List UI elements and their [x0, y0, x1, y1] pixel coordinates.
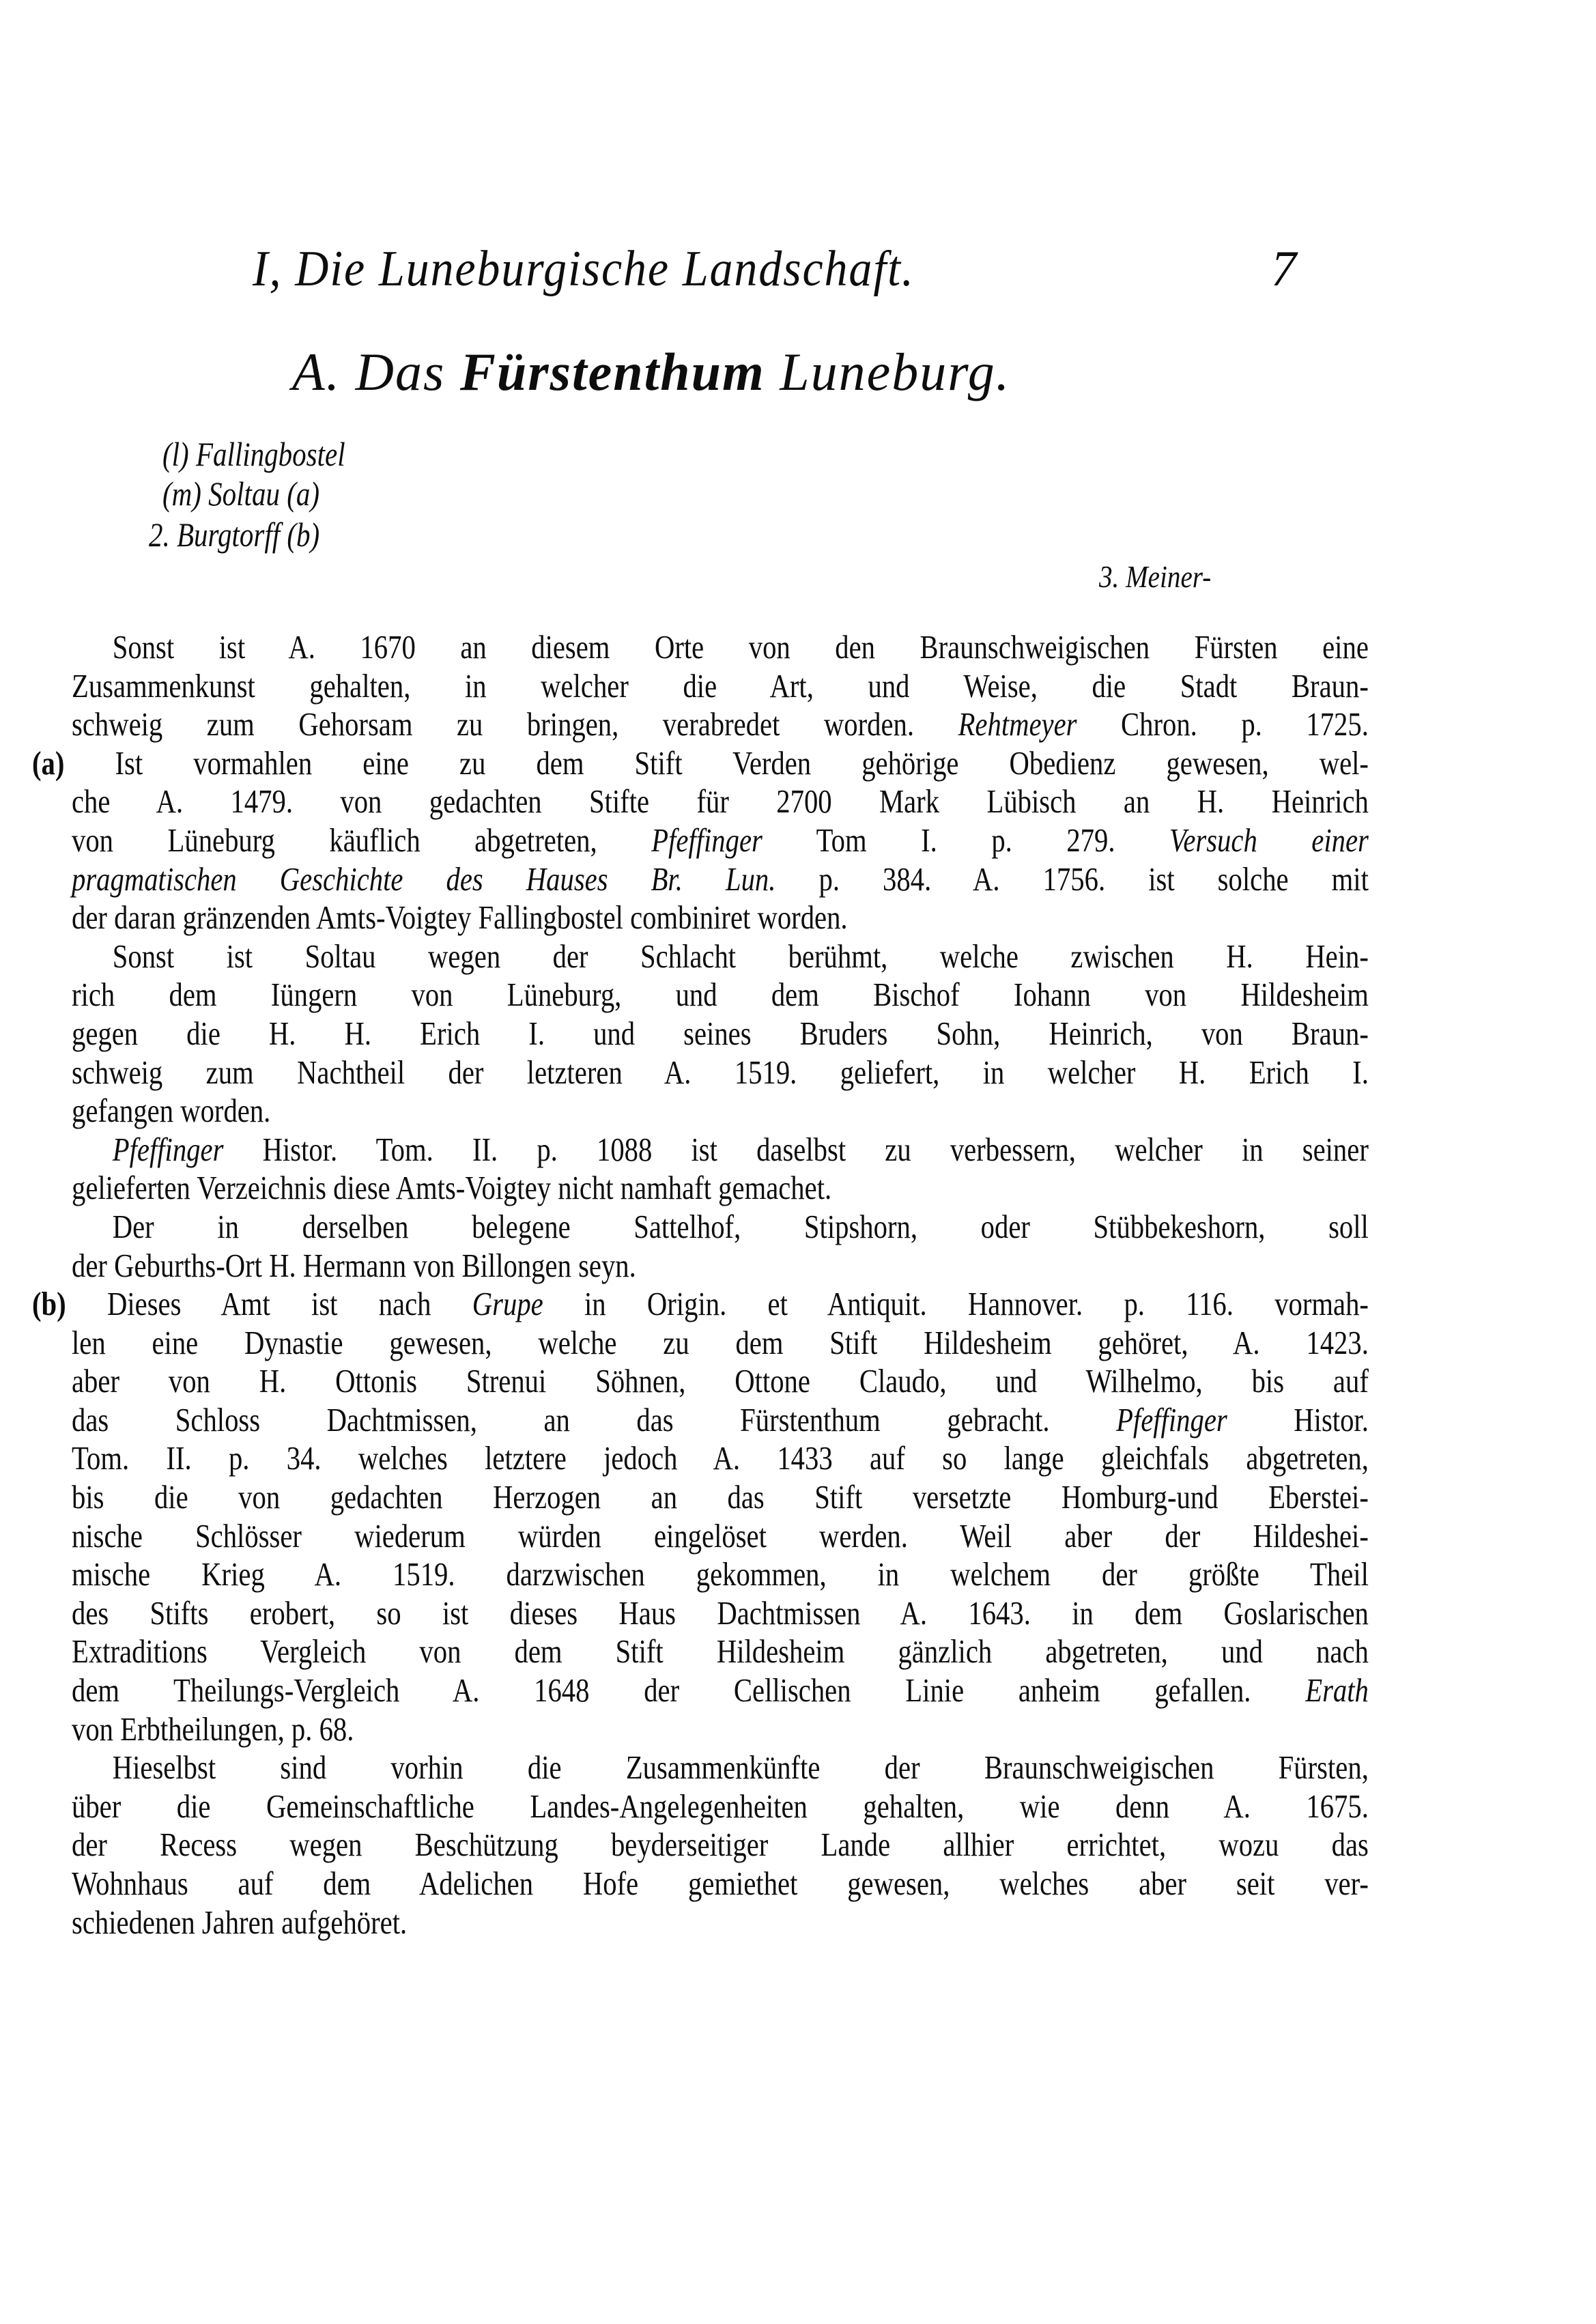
text-segment: über die Gemeinschaftliche Landes-Angele… [72, 1787, 1369, 1825]
text-line: des Stifts erobert, so ist dieses Haus D… [72, 1594, 1369, 1633]
footnote-line: (a) Ist vormahlen eine zu dem Stift Verd… [32, 744, 1369, 783]
text-segment: len eine Dynastie gewesen, welche zu dem… [72, 1324, 1369, 1361]
italic-citation: Erath [1305, 1671, 1369, 1709]
text-line: schiedenen Jahren aufgehöret. [72, 1903, 1369, 1942]
section-title: A. Das Fürstenthum Luneburg. [292, 341, 1010, 403]
footnote-marker: (b) [32, 1285, 66, 1322]
text-line: Extraditions Vergleich von dem Stift Hil… [72, 1632, 1369, 1671]
text-segment: mische Krieg A. 1519. darzwischen gekomm… [72, 1555, 1369, 1593]
text-line: len eine Dynastie gewesen, welche zu dem… [72, 1324, 1369, 1363]
text-segment: nische Schlösser wiederum würden eingelö… [72, 1517, 1369, 1555]
text-line: bis die von gedachten Herzogen an das St… [72, 1478, 1369, 1517]
text-line: das Schloss Dachtmissen, an das Fürstent… [72, 1401, 1369, 1440]
text-segment: Tom I. p. 279. [763, 821, 1169, 859]
italic-citation: Rehtmeyer [958, 705, 1077, 743]
text-segment: Extraditions Vergleich von dem Stift Hil… [72, 1632, 1369, 1670]
text-segment: p. 384. A. 1756. ist solche mit [775, 860, 1368, 898]
text-line: che A. 1479. von gedachten Stifte für 27… [72, 782, 1369, 821]
text-line: Sonst ist A. 1670 an diesem Orte von den… [72, 628, 1369, 667]
italic-citation: Pfeffinger [113, 1131, 224, 1168]
text-line: aber von H. Ottonis Strenui Söhnen, Otto… [72, 1362, 1369, 1401]
text-line: von Erbtheilungen, p. 68. [72, 1710, 1369, 1749]
entry-soltau: (m) Soltau (a) [162, 474, 319, 513]
footnote-line: (b) Dieses Amt ist nach Grupe in Origin.… [32, 1285, 1369, 1324]
text-line: schweig zum Gehorsam zu bringen, verabre… [72, 705, 1369, 744]
text-segment: Wohnhaus auf dem Adelichen Hofe gemiethe… [72, 1865, 1369, 1902]
text-line: Tom. II. p. 34. welches letztere jedoch … [72, 1439, 1369, 1478]
running-head-title: I, Die Luneburgische Landschaft. [253, 240, 915, 298]
text-segment: das Schloss Dachtmissen, an das Fürstent… [72, 1401, 1116, 1439]
text-segment: schweig zum Nachtheil der letzteren A. 1… [72, 1053, 1369, 1091]
text-segment: schweig zum Gehorsam zu bringen, verabre… [72, 705, 958, 743]
text-segment: Der in derselben belegene Sattelhof, Sti… [113, 1208, 1369, 1245]
italic-citation: Grupe [472, 1285, 543, 1322]
text-line: dem Theilungs-Vergleich A. 1648 der Cell… [72, 1671, 1369, 1710]
entry-burgtorff: 2. Burgtorff (b) [149, 515, 319, 554]
text-segment: Hieselbst sind vorhin die Zusammenkünfte… [113, 1748, 1369, 1786]
section-title-prefix: A. [292, 342, 341, 401]
text-line: der Recess wegen Beschützung beyderseiti… [72, 1826, 1369, 1865]
text-segment: Sonst ist A. 1670 an diesem Orte von den… [113, 628, 1369, 666]
text-line: gelieferten Verzeichnis diese Amts-Voigt… [72, 1169, 1369, 1208]
text-segment: gelieferten Verzeichnis diese Amts-Voigt… [72, 1169, 831, 1206]
text-segment: Histor. [1227, 1401, 1369, 1439]
text-line: gefangen worden. [72, 1092, 1369, 1131]
text-line: rich dem Iüngern von Lüneburg, und dem B… [72, 976, 1369, 1015]
text-segment: Zusammenkunst gehalten, in welcher die A… [72, 667, 1369, 705]
book-page: I, Die Luneburgische Landschaft. 7 A. Da… [0, 0, 1596, 2324]
text-segment: Dieses Amt ist nach [66, 1285, 472, 1322]
text-line: Zusammenkunst gehalten, in welcher die A… [72, 667, 1369, 706]
text-segment: von Erbtheilungen, p. 68. [72, 1710, 354, 1748]
section-title-word: Luneburg. [780, 342, 1010, 401]
text-line: mische Krieg A. 1519. darzwischen gekomm… [72, 1555, 1369, 1594]
italic-citation: Pfeffinger [1116, 1401, 1227, 1439]
text-line: nische Schlösser wiederum würden eingelö… [72, 1517, 1369, 1556]
text-line: Sonst ist Soltau wegen der Schlacht berü… [72, 937, 1369, 976]
text-segment: Histor. Tom. II. p. 1088 ist daselbst zu… [223, 1131, 1368, 1168]
text-segment: des Stifts erobert, so ist dieses Haus D… [72, 1594, 1369, 1632]
text-segment: der Recess wegen Beschützung beyderseiti… [72, 1826, 1369, 1863]
catchword: 3. Meiner- [1099, 558, 1211, 595]
section-title-word: Fürstenthum [460, 342, 765, 401]
text-segment: schiedenen Jahren aufgehöret. [72, 1903, 407, 1941]
text-segment: che A. 1479. von gedachten Stifte für 27… [72, 782, 1369, 820]
text-line: Der in derselben belegene Sattelhof, Sti… [72, 1208, 1369, 1247]
text-segment: aber von H. Ottonis Strenui Söhnen, Otto… [72, 1362, 1369, 1400]
italic-citation: Pfeffinger [651, 821, 763, 859]
text-line: pragmatischen Geschichte des Hauses Br. … [72, 860, 1369, 899]
text-line: Pfeffinger Histor. Tom. II. p. 1088 ist … [72, 1131, 1369, 1170]
text-line: von Lüneburg käuflich abgetreten, Pfeffi… [72, 821, 1369, 860]
text-segment: der Geburths-Ort H. Hermann von Billonge… [72, 1247, 636, 1284]
text-segment: Sonst ist Soltau wegen der Schlacht berü… [113, 937, 1369, 975]
text-line: schweig zum Nachtheil der letzteren A. 1… [72, 1053, 1369, 1092]
italic-citation: Versuch einer [1169, 821, 1369, 859]
text-segment: in Origin. et Antiquit. Hannover. p. 116… [543, 1285, 1369, 1322]
page-number: 7 [1271, 240, 1298, 298]
text-segment: dem Theilungs-Vergleich A. 1648 der Cell… [72, 1671, 1305, 1709]
section-title-word: Das [356, 342, 446, 401]
body-text: Sonst ist A. 1670 an diesem Orte von den… [72, 628, 1369, 1942]
text-segment: Chron. p. 1725. [1077, 705, 1368, 743]
text-line: Hieselbst sind vorhin die Zusammenkünfte… [72, 1748, 1369, 1787]
text-segment: Ist vormahlen eine zu dem Stift Verden g… [64, 744, 1369, 782]
text-segment: rich dem Iüngern von Lüneburg, und dem B… [72, 976, 1369, 1013]
text-segment: der daran gränzenden Amts-Voigtey Fallin… [72, 898, 848, 936]
running-head: I, Die Luneburgische Landschaft. 7 [253, 240, 1317, 302]
italic-citation: pragmatischen Geschichte des Hauses Br. … [72, 860, 775, 898]
text-segment: von Lüneburg käuflich abgetreten, [72, 821, 651, 859]
entry-fallingbostel: (l) Fallingbostel [162, 434, 345, 474]
text-segment: Tom. II. p. 34. welches letztere jedoch … [72, 1439, 1369, 1477]
footnote-marker: (a) [32, 744, 64, 782]
text-segment: gefangen worden. [72, 1092, 270, 1129]
text-line: der daran gränzenden Amts-Voigtey Fallin… [72, 898, 1369, 937]
text-line: Wohnhaus auf dem Adelichen Hofe gemiethe… [72, 1865, 1369, 1903]
text-segment: gegen die H. H. Erich I. und seines Brud… [72, 1015, 1369, 1052]
text-line: der Geburths-Ort H. Hermann von Billonge… [72, 1247, 1369, 1286]
text-line: über die Gemeinschaftliche Landes-Angele… [72, 1787, 1369, 1826]
text-segment: bis die von gedachten Herzogen an das St… [72, 1478, 1369, 1516]
text-line: gegen die H. H. Erich I. und seines Brud… [72, 1015, 1369, 1053]
